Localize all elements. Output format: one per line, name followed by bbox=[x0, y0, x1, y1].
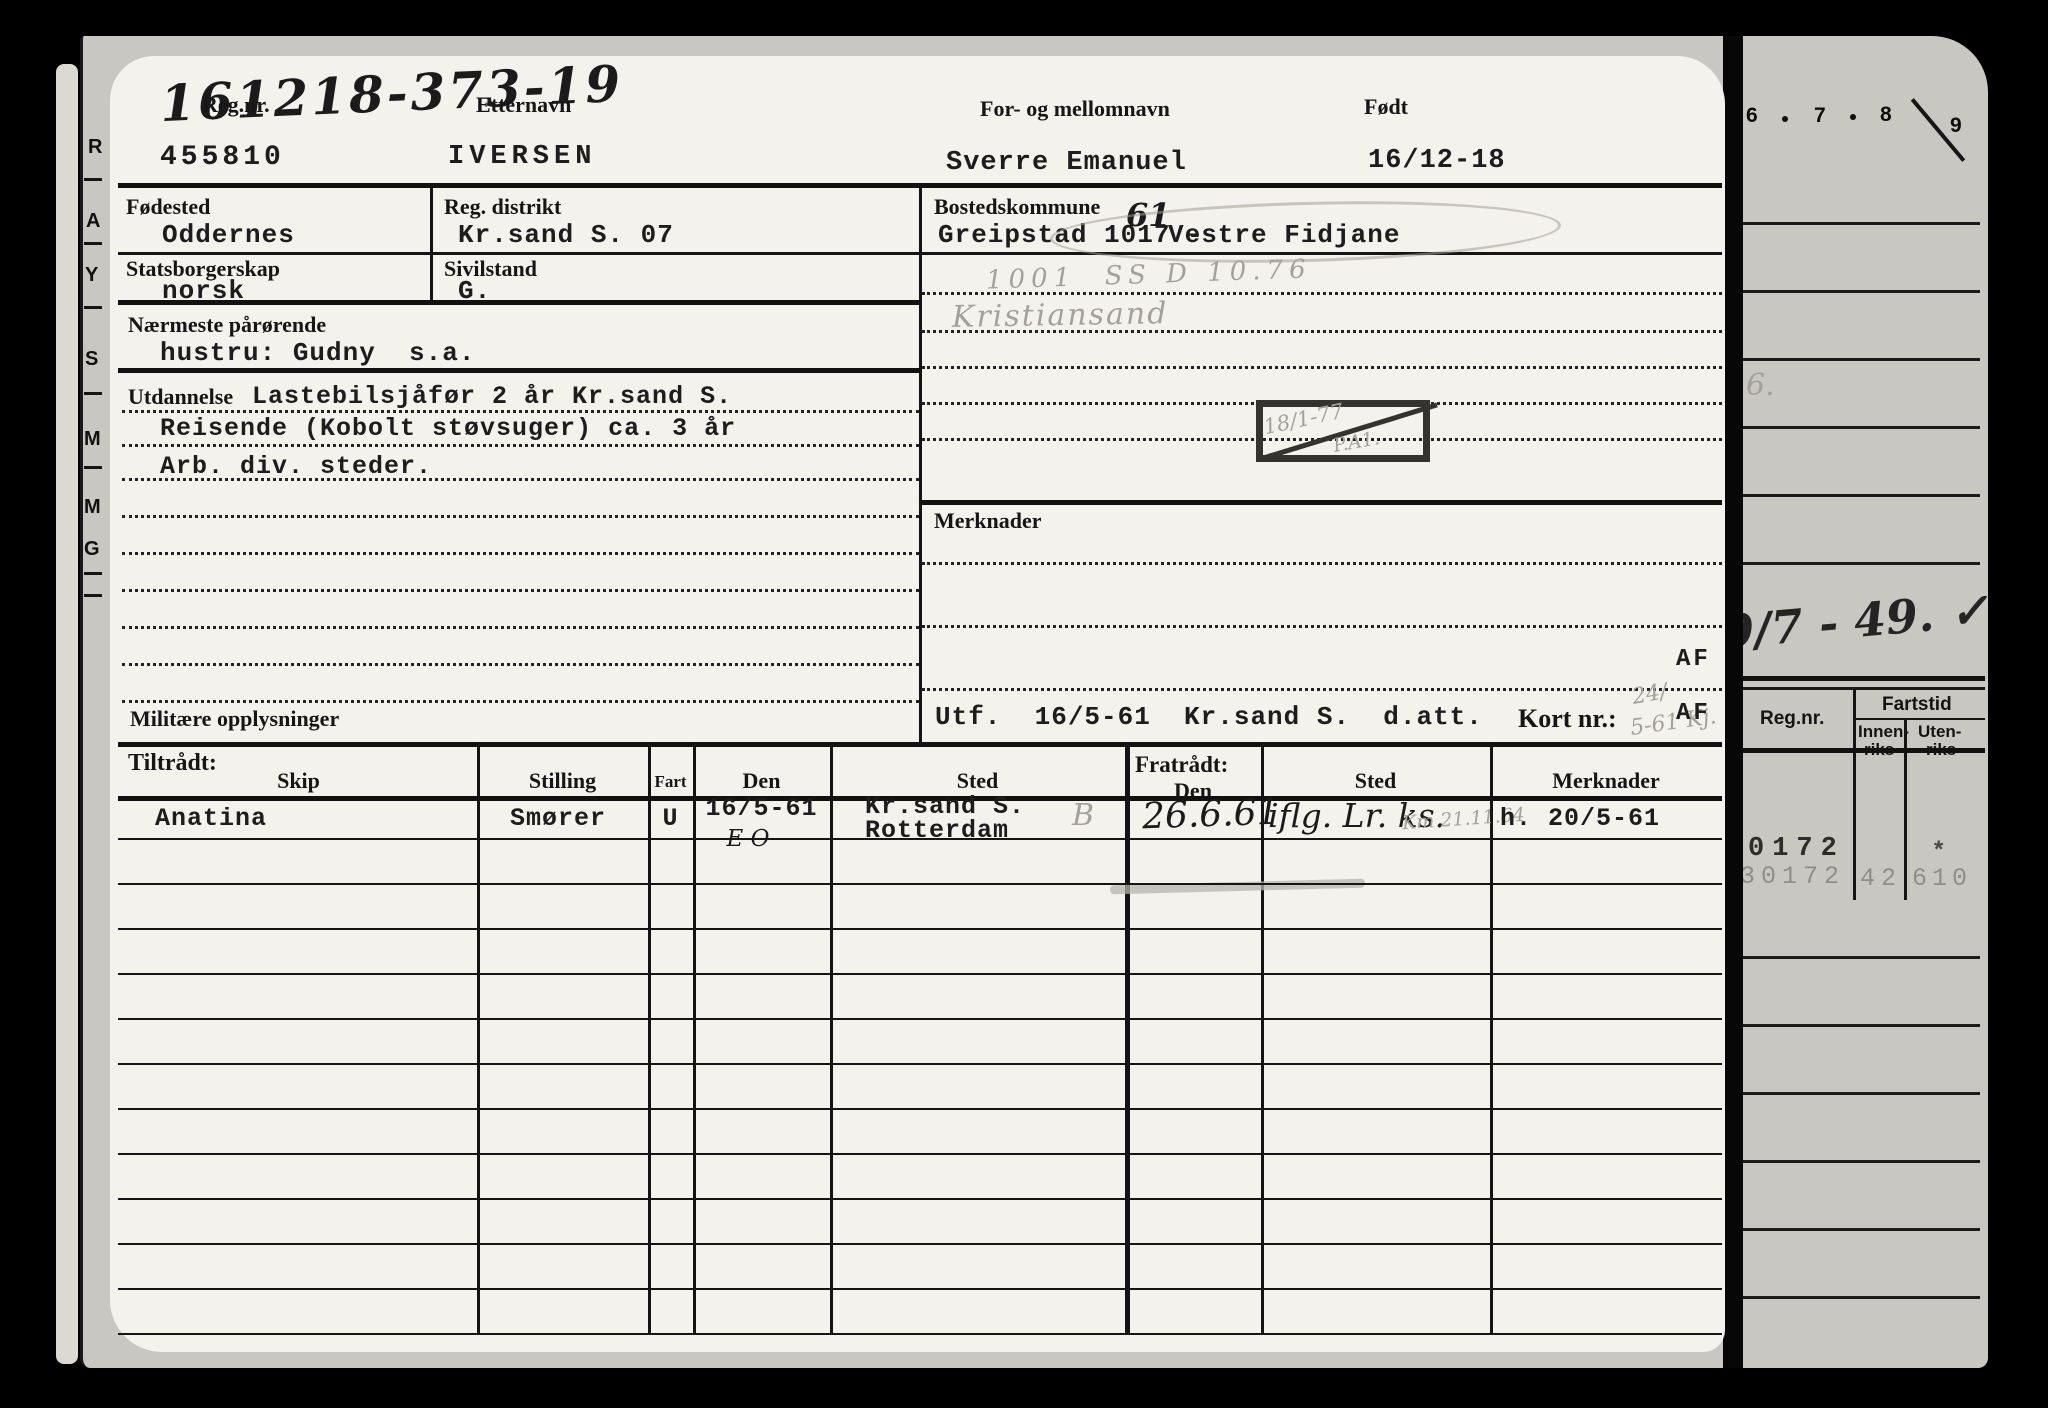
column-line bbox=[1490, 742, 1493, 1334]
utdannelse-line2: Reisende (Kobolt støvsuger) ca. 3 år bbox=[160, 414, 736, 443]
row-line bbox=[118, 838, 1722, 840]
rule bbox=[1742, 1024, 1980, 1027]
rule bbox=[118, 368, 919, 373]
regnr-label: Reg.nr. bbox=[202, 92, 270, 118]
dotted-line bbox=[122, 515, 919, 518]
row-skip: Anatina bbox=[155, 804, 267, 833]
dotted-line bbox=[122, 626, 919, 629]
etternavn-label: Etternavn bbox=[476, 92, 571, 118]
edge-tick bbox=[84, 178, 102, 181]
row-line bbox=[118, 928, 1722, 930]
edge-tick bbox=[84, 594, 102, 597]
column-line bbox=[1904, 718, 1907, 900]
stamped-number: 0172 bbox=[1748, 834, 1845, 864]
merknader-section-label: Merknader bbox=[934, 508, 1042, 534]
dotted-line bbox=[122, 663, 919, 666]
regnr-number: 30172 bbox=[1740, 862, 1845, 891]
paper-edge-strip bbox=[56, 64, 78, 1364]
ruler-number: 6 bbox=[1746, 104, 1758, 128]
row-line bbox=[118, 1198, 1722, 1200]
dotted-line bbox=[922, 562, 1722, 565]
innenriks-number: 42 bbox=[1860, 864, 1902, 893]
edge-letter: A bbox=[86, 210, 100, 233]
col-merknader: Merknader bbox=[1490, 768, 1722, 794]
edge-letter: S bbox=[85, 348, 98, 371]
row-line bbox=[118, 1333, 1722, 1335]
af-note: AF bbox=[1676, 700, 1711, 727]
divider bbox=[919, 183, 922, 742]
kortnr-label: Kort nr.: bbox=[1518, 704, 1617, 734]
regdistrikt-label: Reg. distrikt bbox=[444, 194, 561, 220]
right-regnr-label: Reg.nr. bbox=[1760, 708, 1824, 730]
row-fratradt-den: 26.6.61 bbox=[1141, 792, 1280, 838]
edge-letter: R bbox=[88, 136, 102, 159]
row-fart: U bbox=[648, 804, 693, 833]
af-note: AF bbox=[1676, 646, 1711, 673]
row-den: 16/5-61 bbox=[693, 794, 830, 823]
fodt-label: Født bbox=[1364, 94, 1408, 120]
rule bbox=[1742, 676, 1985, 681]
dotted-line bbox=[122, 410, 919, 413]
rule bbox=[1742, 494, 1980, 497]
regdistrikt-value: Kr.sand S. 07 bbox=[458, 220, 674, 250]
fodested-value: Oddernes bbox=[162, 220, 295, 250]
rule bbox=[118, 742, 1722, 747]
rule bbox=[1742, 290, 1980, 293]
utenriks-number: 610 bbox=[1912, 864, 1972, 893]
rule bbox=[1742, 358, 1980, 361]
ruler-dot bbox=[1782, 116, 1788, 122]
parorende-value: hustru: Gudny s.a. bbox=[160, 338, 475, 368]
utdannelse-label: Utdannelse bbox=[128, 384, 233, 410]
row-merknader: h. 20/5-61 bbox=[1500, 804, 1660, 833]
dotted-line bbox=[122, 552, 919, 555]
dotted-line bbox=[922, 330, 1722, 333]
rule bbox=[1742, 426, 1980, 429]
ruler-dot bbox=[1850, 114, 1856, 120]
edge-letter: M bbox=[84, 496, 101, 519]
rule bbox=[1742, 222, 1980, 225]
col-sted: Sted bbox=[830, 768, 1125, 794]
col-sted2: Sted bbox=[1261, 768, 1490, 794]
ruler-number: 7 bbox=[1814, 104, 1826, 128]
militaere-label: Militære opplysninger bbox=[130, 706, 339, 732]
ruler-number: 8 bbox=[1880, 103, 1892, 127]
edge-letter: M bbox=[84, 428, 101, 451]
row-sted-pencil: B bbox=[1072, 798, 1094, 833]
dotted-line bbox=[122, 478, 919, 481]
rule bbox=[1742, 687, 1985, 690]
right-fartstid-label: Fartstid bbox=[1882, 694, 1952, 716]
col-stilling: Stilling bbox=[477, 768, 648, 794]
dotted-line bbox=[122, 700, 919, 703]
scanned-register-card: R A Y S M M G 6 7 8 9 6. 9/7 - 49. ✓ Reg… bbox=[0, 0, 2048, 1408]
register-card: 161218-373-19 Reg.nr. 455810 Etternavn I… bbox=[110, 56, 1725, 1352]
fornavn-label: For- og mellomnavn bbox=[980, 96, 1170, 122]
rule bbox=[919, 500, 1722, 505]
dotted-line bbox=[122, 589, 919, 592]
rule bbox=[1742, 1228, 1980, 1231]
edge-letter: G bbox=[84, 538, 100, 561]
row-sted-line2: Rotterdam bbox=[865, 816, 1009, 845]
row-line bbox=[118, 1288, 1722, 1290]
edge-letter: Y bbox=[85, 264, 98, 287]
utdannelse-line3: Arb. div. steder. bbox=[160, 452, 432, 481]
column-line bbox=[1125, 742, 1130, 1334]
column-line bbox=[830, 742, 833, 1334]
dotted-line bbox=[922, 366, 1722, 369]
dotted-line bbox=[922, 688, 1722, 691]
parorende-label: Nærmeste pårørende bbox=[128, 312, 326, 338]
row-line bbox=[118, 1063, 1722, 1065]
pencil-smudge bbox=[1110, 879, 1365, 895]
utenriks-label: Uten- bbox=[1918, 722, 1961, 742]
rule bbox=[1742, 956, 1980, 959]
row-line bbox=[118, 973, 1722, 975]
rule bbox=[118, 300, 919, 305]
edge-tick bbox=[84, 306, 102, 309]
pencil-note: 1001 SS D 10.76 bbox=[986, 254, 1313, 295]
cancellation-stamp: 18/1-77 P.A1. bbox=[1256, 400, 1430, 462]
col-fart: Fart bbox=[648, 772, 693, 792]
fodested-label: Fødested bbox=[126, 194, 210, 220]
innenriks-label: Innen- bbox=[1858, 722, 1909, 742]
pencil-note-six: 6. bbox=[1746, 368, 1775, 403]
etternavn-value: IVERSEN bbox=[448, 142, 596, 172]
ink-mark: * bbox=[1934, 836, 1943, 864]
row-line bbox=[118, 1018, 1722, 1020]
rule bbox=[1742, 1092, 1980, 1095]
column-line bbox=[1853, 690, 1856, 900]
kortnr-pencil: 24/ bbox=[1630, 679, 1669, 710]
row-line bbox=[118, 1153, 1722, 1155]
utdannelse-line1: Lastebilsjåfør 2 år Kr.sand S. bbox=[252, 382, 732, 411]
edge-tick bbox=[84, 572, 102, 575]
dotted-line bbox=[922, 625, 1722, 628]
rule bbox=[1742, 748, 1985, 753]
rule bbox=[1742, 1160, 1980, 1163]
column-line bbox=[477, 742, 480, 1334]
row-stilling: Smører bbox=[510, 804, 606, 833]
rule bbox=[118, 252, 1722, 255]
rule bbox=[1742, 562, 1980, 565]
fodt-value: 16/12-18 bbox=[1368, 146, 1506, 176]
edge-tick bbox=[84, 466, 102, 469]
col-skip: Skip bbox=[120, 768, 477, 794]
edge-tick bbox=[84, 392, 102, 395]
ruler-number: 9 bbox=[1950, 114, 1962, 138]
col-fratradt: Fratrådt: bbox=[1135, 752, 1228, 778]
card-edge-shadow bbox=[1723, 36, 1743, 1368]
dotted-line bbox=[922, 292, 1722, 295]
utf-line: Utf. 16/5-61 Kr.sand S. d.att. bbox=[935, 702, 1483, 732]
rule bbox=[1856, 718, 1985, 720]
edge-tick bbox=[84, 242, 102, 245]
divider bbox=[430, 183, 433, 302]
regnr-value: 455810 bbox=[160, 142, 285, 173]
fornavn-value: Sverre Emanuel bbox=[946, 148, 1187, 178]
row-line bbox=[118, 1243, 1722, 1245]
row-line bbox=[118, 883, 1722, 885]
bostedskommune-label: Bostedskommune bbox=[934, 194, 1100, 220]
col-den: Den bbox=[693, 768, 830, 794]
dotted-line bbox=[122, 444, 919, 447]
rule bbox=[1742, 1296, 1980, 1299]
row-line bbox=[118, 1108, 1722, 1110]
